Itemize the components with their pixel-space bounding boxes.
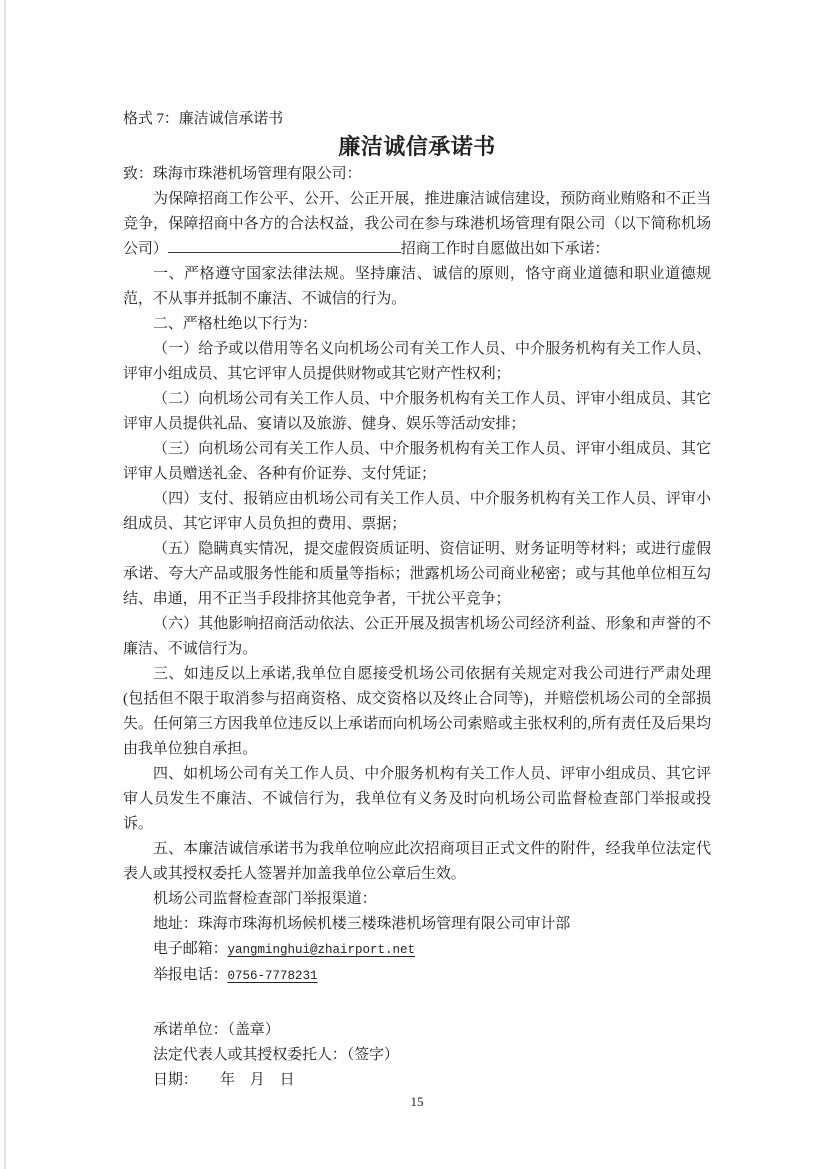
report-channel-heading: 机场公司监督检查部门举报渠道： [123,887,711,912]
sub-clause-2-6: （六）其他影响招商活动依法、公正开展及损害机场公司经济利益、形象和声誉的不廉洁、… [123,612,711,662]
document-title: 廉洁诚信承诺书 [123,132,711,162]
contact-address-line: 地址：珠海市珠海机场候机楼三楼珠港机场管理有限公司审计部 [123,912,711,937]
intro-paragraph: 为保障招商工作公平、公开、公正开展，推进廉洁诚信建设，预防商业贿赂和不正当竞争，… [123,187,711,262]
contact-email-line: 电子邮箱：yangminghui@zhairport.net [123,937,711,963]
format-label: 格式 7：廉洁诚信承诺书 [123,107,711,132]
document-page: 格式 7：廉洁诚信承诺书 廉洁诚信承诺书 致：珠海市珠港机场管理有限公司： 为保… [0,0,827,1169]
signature-date-line: 日期： 年 月 日 [123,1068,711,1093]
sub-clause-2-3: （三）向机场公司有关工作人员、中介服务机构有关工作人员、评审小组成员、其它评审人… [123,437,711,487]
clause-4: 四、如机场公司有关工作人员、中介服务机构有关工作人员、评审小组成员、其它评审人员… [123,762,711,837]
contact-email-label: 电子邮箱： [153,941,228,957]
signature-block: 承诺单位：（盖章） 法定代表人或其授权委托人：（签字） 日期： 年 月 日 [123,1018,711,1093]
clause-3: 三、如违反以上承诺,我单位自愿接受机场公司依据有关规定对我公司进行严肃处理(包括… [123,662,711,762]
clause-2: 二、严格杜绝以下行为： [123,312,711,337]
contact-phone-line: 举报电话：0756-7778231 [123,963,711,989]
company-name-blank-field[interactable] [168,239,401,253]
sub-clause-2-2: （二）向机场公司有关工作人员、中介服务机构有关工作人员、评审小组成员、其它评审人… [123,387,711,437]
sub-clause-2-1: （一）给予或以借用等名义向机场公司有关工作人员、中介服务机构有关工作人员、评审小… [123,337,711,387]
contact-email-value: yangminghui@zhairport.net [228,943,416,957]
page-number: 15 [123,1093,711,1111]
sub-clause-2-4: （四）支付、报销应由机场公司有关工作人员、中介服务机构有关工作人员、评审小组成员… [123,487,711,537]
sub-clause-2-5: （五）隐瞒真实情况，提交虚假资质证明、资信证明、财务证明等材料；或进行虚假承诺、… [123,537,711,612]
intro-text-after: 招商工作时自愿做出如下承诺： [401,241,610,257]
salutation-line: 致：珠海市珠港机场管理有限公司： [123,162,711,187]
contact-phone-value: 0756-7778231 [228,969,318,983]
signature-legal-representative-line: 法定代表人或其授权委托人：（签字） [123,1043,711,1068]
scan-edge-artifact [4,0,6,1169]
contact-phone-label: 举报电话： [153,967,228,983]
signature-unit-line: 承诺单位：（盖章） [123,1018,711,1043]
clause-5: 五、本廉洁诚信承诺书为我单位响应此次招商项目正式文件的附件，经我单位法定代表人或… [123,837,711,887]
clause-1: 一、严格遵守国家法律法规。坚持廉洁、诚信的原则，恪守商业道德和职业道德规范，不从… [123,262,711,312]
document-content: 格式 7：廉洁诚信承诺书 廉洁诚信承诺书 致：珠海市珠港机场管理有限公司： 为保… [123,107,711,1111]
